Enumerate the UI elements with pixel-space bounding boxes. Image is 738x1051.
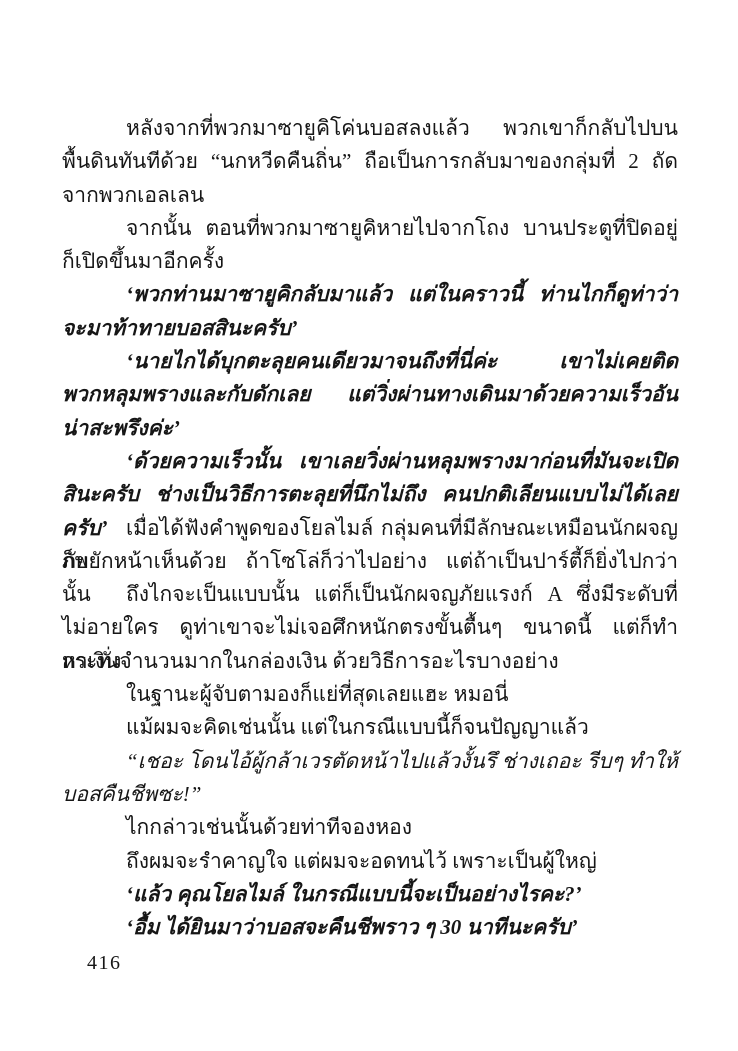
text-line: พวกหลุมพรางและกับดักเลย แต่วิ่งผ่านทางเด… (62, 378, 678, 411)
text-line: หาเงินจำนวนมากในกล่องเงิน ด้วยวิธีการอะไ… (62, 645, 678, 678)
text-line: ‘นายไกได้บุกตะลุยคนเดียวมาจนถึงที่นี่ค่ะ… (62, 345, 678, 378)
text-line: จะมาท้าทายบอสสินะครับ’ (62, 312, 678, 345)
text-line: ‘ด้วยความเร็วนั้น เขาเลยวิ่งผ่านหลุมพราง… (62, 445, 678, 478)
text-line: แม้ผมจะคิดเช่นนั้น แต่ในกรณีแบบนี้ก็จนปั… (62, 711, 678, 744)
text-line: ถึงไกจะเป็นแบบนั้น แต่ก็เป็นนักผจญภัยแรง… (62, 578, 678, 611)
text-line: หลังจากที่พวกมาซายูคิโค่นบอสลงแล้ว พวกเข… (62, 112, 678, 145)
text-line: สินะครับ ช่างเป็นวิธีการตะลุยที่นึกไม่ถึ… (62, 478, 678, 511)
text-line: จากนั้น ตอนที่พวกมาซายูคิหายไปจากโถง บาน… (62, 212, 678, 245)
text-line: เมื่อได้ฟังคำพูดของโยลไมล์ กลุ่มคนที่มีล… (62, 512, 678, 545)
page-number: 416 (87, 952, 122, 975)
text-line: พื้นดินทันทีด้วย “นกหวีดคืนถิ่น” ถือเป็น… (62, 145, 678, 178)
text-line: ถึงผมจะรำคาญใจ แต่ผมจะอดทนไว้ เพราะเป็นผ… (62, 845, 678, 878)
text-line: บอสคืนชีพซะ!” (62, 778, 678, 811)
text-line: ‘อื้ม ได้ยินมาว่าบอสจะคืนชีพราว ๆ 30 นาท… (62, 911, 678, 944)
text-line: จากพวกเอลเลน (62, 179, 678, 212)
text-line: ‘แล้ว คุณโยลไมล์ ในกรณีแบบนี้จะเป็นอย่าง… (62, 878, 678, 911)
text-line: ในฐานะผู้จับตามองก็แย่ที่สุดเลยแฮะ หมอนี… (62, 678, 678, 711)
book-page: หลังจากที่พวกมาซายูคิโค่นบอสลงแล้ว พวกเข… (0, 0, 738, 1051)
page-text: หลังจากที่พวกมาซายูคิโค่นบอสลงแล้ว พวกเข… (62, 112, 678, 944)
text-line: ไกกล่าวเช่นนั้นด้วยท่าทีจองหอง (62, 811, 678, 844)
text-line: น่าสะพรึงค่ะ’ (62, 412, 678, 445)
text-line: ก็เปิดขึ้นมาอีกครั้ง (62, 245, 678, 278)
text-line: “เชอะ โดนไอ้ผู้กล้าเวรตัดหน้าไปแล้วงั้นร… (62, 745, 678, 778)
text-line: ‘พวกท่านมาซายูคิกลับมาแล้ว แต่ในคราวนี้ … (62, 278, 678, 311)
text-line: ก็พยักหน้าเห็นด้วย ถ้าโซโล่ก็ว่าไปอย่าง … (62, 545, 678, 578)
text-line: ไม่อายใคร ดูท่าเขาจะไม่เจอศึกหนักตรงขั้น… (62, 611, 678, 644)
